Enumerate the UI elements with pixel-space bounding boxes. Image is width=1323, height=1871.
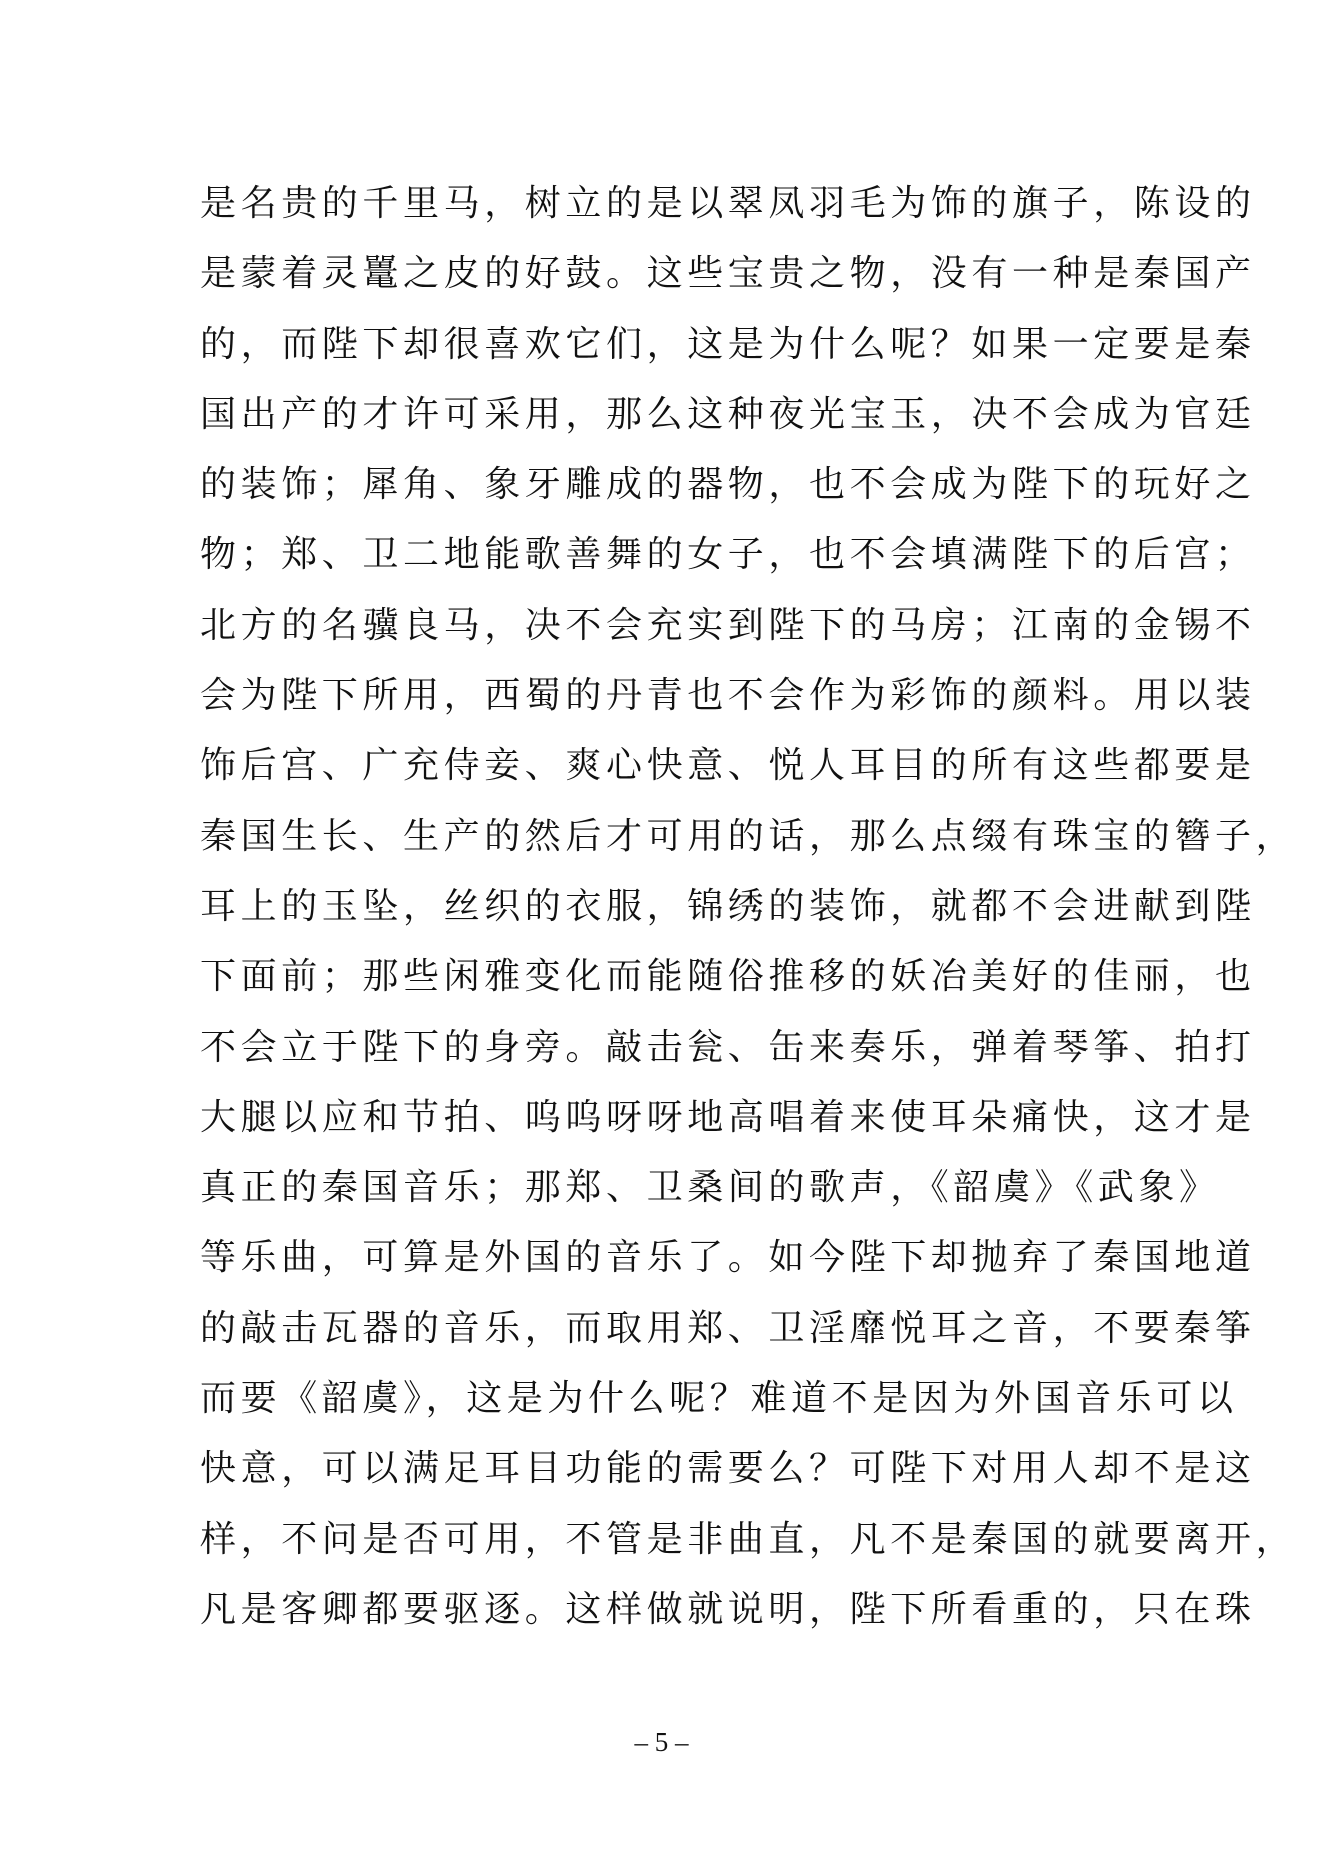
text-line: 的敲击瓦器的音乐，而取用郑、卫淫靡悦耳之音，不要秦筝 <box>200 1301 1140 1371</box>
text-line: 大腿以应和节拍、呜呜呀呀地高唱着来使耳朵痛快，这才是 <box>200 1090 1140 1160</box>
text-line: 真正的秦国音乐；那郑、卫桑间的歌声，《韶虞》《武象》 <box>200 1160 1140 1230</box>
text-line: 的，而陛下却很喜欢它们，这是为什么呢？如果一定要是秦 <box>200 317 1140 387</box>
body-text: 是名贵的千里马，树立的是以翠凤羽毛为饰的旗子，陈设的 是蒙着灵鼍之皮的好鼓。这些… <box>200 176 1140 1652</box>
text-line: 等乐曲，可算是外国的音乐了。如今陛下却抛弃了秦国地道 <box>200 1230 1140 1300</box>
text-line: 下面前；那些闲雅变化而能随俗推移的妖冶美好的佳丽，也 <box>200 949 1140 1019</box>
text-line: 是名贵的千里马，树立的是以翠凤羽毛为饰的旗子，陈设的 <box>200 176 1140 246</box>
text-line: 饰后宫、广充侍妾、爽心快意、悦人耳目的所有这些都要是 <box>200 738 1140 808</box>
text-line: 凡是客卿都要驱逐。这样做就说明，陛下所看重的，只在珠 <box>200 1582 1140 1652</box>
text-line: 是蒙着灵鼍之皮的好鼓。这些宝贵之物，没有一种是秦国产 <box>200 246 1140 316</box>
text-line: 而要《韶虞》，这是为什么呢？难道不是因为外国音乐可以 <box>200 1371 1140 1441</box>
text-line: 耳上的玉坠，丝织的衣服，锦绣的装饰，就都不会进献到陛 <box>200 879 1140 949</box>
text-line: 快意，可以满足耳目功能的需要么？可陛下对用人却不是这 <box>200 1441 1140 1511</box>
text-line: 会为陛下所用，西蜀的丹青也不会作为彩饰的颜料。用以装 <box>200 668 1140 738</box>
text-line: 北方的名骥良马，决不会充实到陛下的马房；江南的金锡不 <box>200 598 1140 668</box>
text-line: 国出产的才许可采用，那么这种夜光宝玉，决不会成为官廷 <box>200 387 1140 457</box>
text-line: 样，不问是否可用，不管是非曲直，凡不是秦国的就要离开， <box>200 1512 1140 1582</box>
document-page: 是名贵的千里马，树立的是以翠凤羽毛为饰的旗子，陈设的 是蒙着灵鼍之皮的好鼓。这些… <box>0 0 1323 1871</box>
page-number: – 5 – <box>0 1727 1323 1758</box>
text-line: 物；郑、卫二地能歌善舞的女子，也不会填满陛下的后宫； <box>200 527 1140 597</box>
text-line: 不会立于陛下的身旁。敲击瓮、缶来奏乐，弹着琴筝、拍打 <box>200 1020 1140 1090</box>
text-line: 的装饰；犀角、象牙雕成的器物，也不会成为陛下的玩好之 <box>200 457 1140 527</box>
text-line: 秦国生长、生产的然后才可用的话，那么点缀有珠宝的簪子， <box>200 809 1140 879</box>
